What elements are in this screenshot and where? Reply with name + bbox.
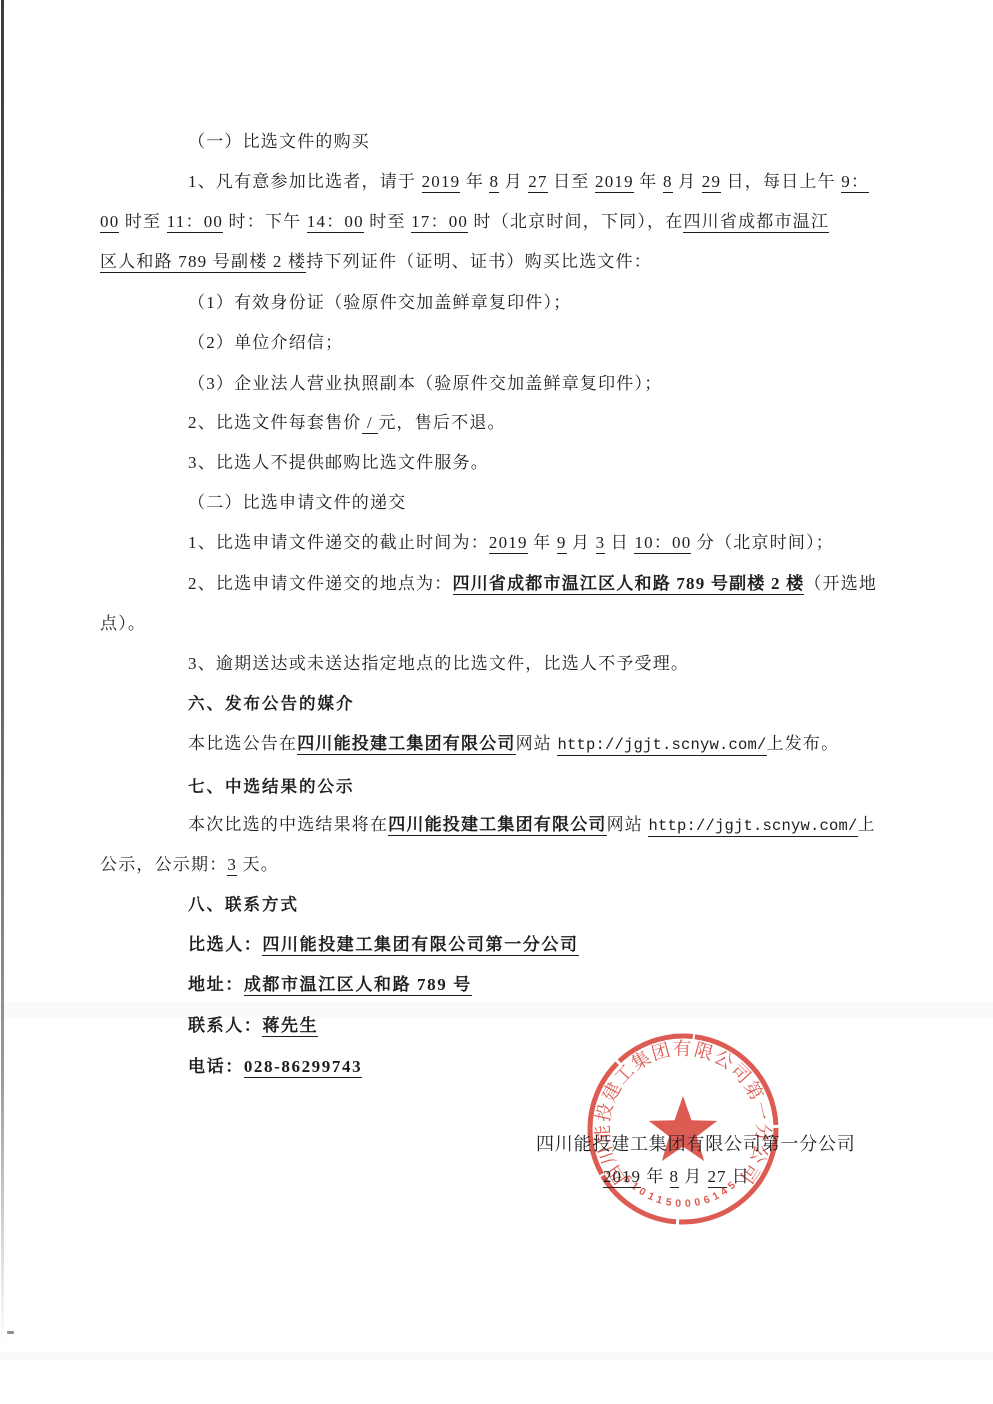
underlined-value: 3 (596, 533, 606, 554)
underlined-value: 8 (489, 172, 499, 193)
text-segment: 时（北京时间，下同），在 (468, 212, 683, 231)
underlined-value: 四川省成都市温江区人和路 789 号副楼 2 楼 (453, 574, 805, 595)
text-segment: 月 (673, 172, 702, 191)
text-line: （2）单位介绍信； (100, 331, 958, 355)
underlined-value: 29 (702, 172, 721, 193)
text-line: 联系人：蒋先生 (100, 1014, 958, 1038)
text-line: 八、联系方式 (100, 893, 958, 917)
text-line: （二）比选申请文件的递交 (100, 491, 958, 515)
text-segment: 天。 (237, 855, 279, 874)
text-line: 本比选公告在四川能投建工集团有限公司网站 http://jgjt.scnyw.c… (100, 732, 958, 757)
text-segment: 时至 (364, 212, 411, 231)
underlined-value: 3 (227, 855, 237, 876)
underlined-value: http://jgjt.scnyw.com/ (648, 817, 857, 837)
company-seal: 四川能投建工集团有限公司第一分公司 5101150006145 (582, 1028, 784, 1230)
text-segment: 电话： (188, 1057, 244, 1076)
underlined-value: 14：00 (307, 212, 364, 233)
underlined-value: 四川省成都市温江 (683, 212, 829, 233)
text-line: 本次比选的中选结果将在四川能投建工集团有限公司网站 http://jgjt.sc… (100, 813, 958, 838)
underlined-value: 四川能投建工集团有限公司第一分公司 (262, 935, 578, 956)
text-segment: 公示，公示期： (100, 855, 227, 874)
underlined-value: 8 (670, 1167, 680, 1188)
text-segment: 联系人： (188, 1016, 262, 1035)
underlined-value: 00 (100, 212, 119, 233)
underlined-value: 蒋先生 (262, 1016, 318, 1037)
text-segment: 本次比选的中选结果将在 (188, 815, 388, 834)
text-segment: 七、中选结果的公示 (188, 778, 355, 796)
text-segment: 2、比选申请文件递交的地点为： (188, 574, 453, 593)
text-segment: 年 (641, 1167, 670, 1186)
underlined-value: 2019 (489, 533, 528, 554)
underlined-value: 区人和路 789 号副楼 2 楼 (100, 252, 306, 273)
text-segment: 3、比选人不提供邮购比选文件服务。 (188, 453, 489, 472)
text-line: （1）有效身份证（验原件交加盖鲜章复印件）； (100, 291, 958, 315)
text-segment: （3）企业法人营业执照副本（验原件交加盖鲜章复印件）； (188, 374, 662, 393)
text-segment: 网站 (607, 815, 649, 834)
text-segment: 年 (634, 172, 663, 191)
text-segment: 上发布。 (767, 734, 840, 753)
text-segment: （开选地 (804, 574, 877, 593)
text-segment: 元，售后不退。 (378, 413, 505, 432)
text-segment: 1、比选申请文件递交的截止时间为： (188, 533, 489, 552)
text-line: 点）。 (100, 612, 870, 636)
underlined-value: 028-86299743 (244, 1057, 362, 1078)
text-segment: 日至 (548, 172, 595, 191)
underlined-value: 9： (841, 172, 869, 193)
scan-artifact (7, 1331, 14, 1334)
text-segment: （2）单位介绍信； (188, 333, 343, 352)
text-segment: 2、比选文件每套售价 (188, 413, 362, 432)
text-segment: 八、联系方式 (188, 896, 299, 914)
signature-company: 四川能投建工集团有限公司第一分公司 (536, 1130, 856, 1156)
text-line: 1、比选申请文件递交的截止时间为：2019 年 9 月 3 日 10：00 分（… (100, 531, 958, 555)
underlined-value: 9 (557, 533, 567, 554)
text-line: （一）比选文件的购买 (100, 130, 958, 154)
text-segment: （1）有效身份证（验原件交加盖鲜章复印件）； (188, 293, 571, 312)
text-segment: 月 (499, 172, 528, 191)
text-segment: 比选人： (188, 935, 262, 954)
text-segment: 时：下午 (223, 212, 307, 231)
text-line: （3）企业法人营业执照副本（验原件交加盖鲜章复印件）； (100, 372, 958, 396)
text-segment: 点）。 (100, 614, 146, 633)
underlined-value: 四川能投建工集团有限公司 (388, 815, 606, 836)
text-segment: 年 (460, 172, 489, 191)
underlined-value: 11：00 (167, 212, 223, 233)
text-segment: 地址： (188, 975, 244, 994)
underlined-value: 2019 (595, 172, 634, 193)
text-line: 区人和路 789 号副楼 2 楼持下列证件（证明、证书）购买比选文件： (100, 250, 870, 274)
text-segment: 持下列证件（证明、证书）购买比选文件： (306, 252, 652, 271)
text-line: 比选人：四川能投建工集团有限公司第一分公司 (100, 933, 958, 957)
text-segment: 网站 (516, 734, 558, 753)
text-segment: 日 (605, 533, 634, 552)
text-line: 3、比选人不提供邮购比选文件服务。 (100, 451, 958, 475)
text-segment: 六、发布公告的媒介 (188, 695, 355, 713)
text-line: 六、发布公告的媒介 (100, 692, 958, 716)
text-line: 1、凡有意参加比选者，请于 2019 年 8 月 27 日至 2019 年 8 … (100, 170, 958, 194)
text-line: 00 时至 11：00 时：下午 14：00 时至 17：00 时（北京时间，下… (100, 210, 870, 234)
underlined-value: 2019 (422, 172, 461, 193)
signature-date: 2019 年 8 月 27 日 (603, 1162, 750, 1187)
text-line: 2、比选申请文件递交的地点为：四川省成都市温江区人和路 789 号副楼 2 楼（… (100, 572, 958, 596)
underlined-value: 27 (708, 1167, 727, 1188)
text-segment: 年 (528, 533, 557, 552)
text-segment: 月 (567, 533, 596, 552)
text-segment: 日 (727, 1167, 750, 1186)
text-segment: 分（北京时间）； (691, 533, 834, 552)
underlined-value: / (362, 413, 379, 434)
text-segment: 日，每日上午 (721, 172, 841, 191)
scan-edge-line (1, 0, 4, 1345)
underlined-value: 成都市温江区人和路 789 号 (244, 975, 472, 996)
text-segment: 上 (858, 815, 876, 834)
text-segment: （一）比选文件的购买 (188, 132, 370, 151)
text-segment: 月 (679, 1167, 708, 1186)
text-segment: 本比选公告在 (188, 734, 297, 753)
text-line: 2、比选文件每套售价 / 元，售后不退。 (100, 411, 958, 435)
text-line: 地址：成都市温江区人和路 789 号 (100, 973, 958, 997)
document-page: （一）比选文件的购买1、凡有意参加比选者，请于 2019 年 8 月 27 日至… (0, 0, 993, 1404)
underlined-value: http://jgjt.scnyw.com/ (557, 736, 766, 756)
text-segment: 3、逾期送达或未送达指定地点的比选文件，比选人不予受理。 (188, 654, 689, 673)
underlined-value: 2019 (603, 1167, 641, 1188)
text-segment: 1、凡有意参加比选者，请于 (188, 172, 422, 191)
text-line: 七、中选结果的公示 (100, 775, 958, 799)
text-line: 3、逾期送达或未送达指定地点的比选文件，比选人不予受理。 (100, 652, 958, 676)
underlined-value: 27 (528, 172, 547, 193)
scan-noise-band (0, 1352, 993, 1360)
text-segment: 时至 (119, 212, 166, 231)
text-line: 电话：028-86299743 (100, 1055, 958, 1079)
text-line: 公示，公示期：3 天。 (100, 853, 870, 877)
underlined-value: 10：00 (634, 533, 691, 554)
text-segment: （二）比选申请文件的递交 (188, 493, 406, 512)
underlined-value: 8 (663, 172, 673, 193)
underlined-value: 17：00 (411, 212, 468, 233)
underlined-value: 四川能投建工集团有限公司 (297, 734, 515, 755)
